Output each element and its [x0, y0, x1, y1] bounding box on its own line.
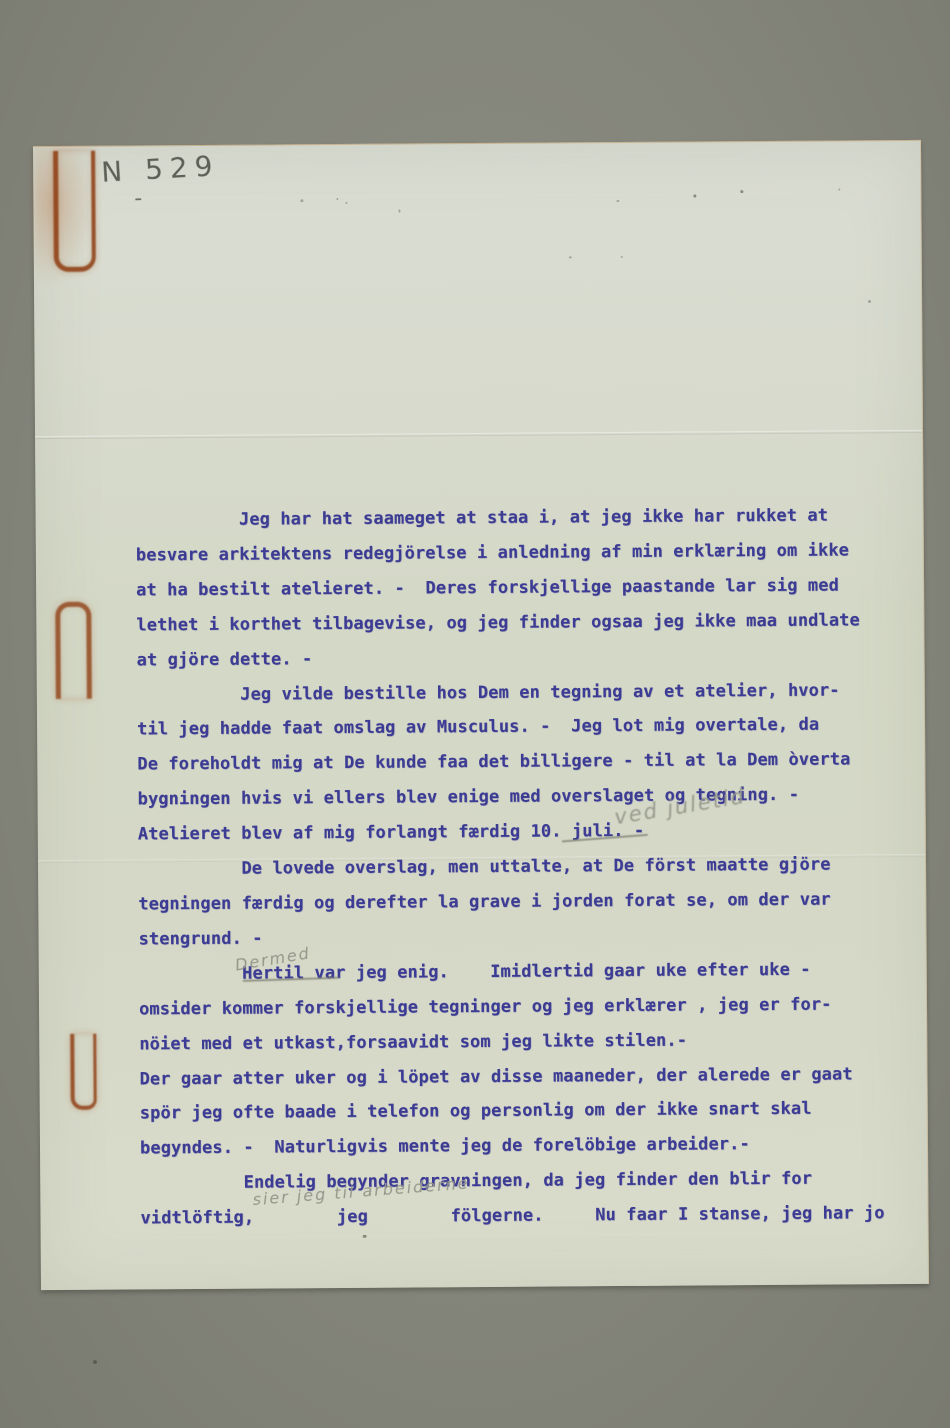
- paper-speck: [398, 210, 400, 213]
- typed-line: Jeg vilde bestille hos Dem en tegning av…: [137, 673, 897, 713]
- typed-line: begyndes. - Naturligvis mente jeg de for…: [140, 1126, 900, 1166]
- typed-line: Endelig begynder gravningen, da jeg find…: [140, 1161, 900, 1201]
- paper-speck: [621, 256, 623, 258]
- paperclip-rust-stain-middle: [55, 602, 92, 699]
- backdrop-speck: [93, 1360, 97, 1364]
- fold-crease-upper: [35, 430, 922, 439]
- typed-line: at gjöre dette. -: [136, 638, 896, 678]
- typed-line: Hertil var jeg enig. Imidlertid gaar uke…: [139, 952, 899, 992]
- typed-line: stengrund. -: [138, 917, 898, 957]
- letter-body: Jeg har hat saameget at staa i, at jeg i…: [136, 498, 901, 1236]
- typed-line: at ha bestilt atelieret. - Deres forskje…: [136, 568, 896, 608]
- typed-line: Jeg har hat saameget at staa i, at jeg i…: [136, 498, 896, 538]
- paper-speck: [336, 198, 338, 200]
- paper-speck: [569, 256, 572, 258]
- typed-line: bygningen hvis vi ellers blev enige med …: [137, 777, 897, 817]
- paper-speck: [693, 194, 696, 197]
- paper-speck: [300, 199, 303, 202]
- typed-line: vidtlöftig, jeg fölgerne. Nu faar I stan…: [140, 1196, 900, 1236]
- typed-line: omsider kommer forskjellige tegninger og…: [139, 987, 899, 1027]
- paper-speck: [345, 202, 347, 204]
- paper-speck: [616, 200, 619, 202]
- paperclip-rust-stain-top: [53, 151, 96, 272]
- archive-number-dash: -: [134, 186, 142, 211]
- typed-line: De foreholdt mig at De kunde faa det bil…: [137, 742, 897, 782]
- archive-number: N 529: [100, 149, 220, 189]
- paperclip-rust-stain-lower: [70, 1034, 97, 1110]
- typed-line: De lovede overslag, men uttalte, at De f…: [138, 847, 898, 887]
- typed-line: til jeg hadde faat omslag av Musculus. -…: [137, 708, 897, 748]
- typed-line: nöiet med et utkast,forsaavidt som jeg l…: [139, 1022, 899, 1062]
- typed-line: lethet i korthet tilbagevise, og jeg fin…: [136, 603, 896, 643]
- typed-line: tegningen færdig og derefter la grave i …: [138, 882, 898, 922]
- typed-line: spör jeg ofte baade i telefon og personl…: [140, 1091, 900, 1131]
- paper-speck: [363, 1235, 367, 1238]
- letter-page: N 529 - Jeg har hat saameget at staa i, …: [33, 140, 929, 1290]
- typed-line: besvare arkitektens redegjörelse i anled…: [136, 533, 896, 573]
- paper-speck: [838, 188, 840, 190]
- paper-speck: [740, 190, 743, 193]
- typed-line: Atelieret blev af mig forlangt færdig 10…: [138, 812, 898, 852]
- typed-line: Der gaar atter uker og i löpet av disse …: [139, 1057, 899, 1097]
